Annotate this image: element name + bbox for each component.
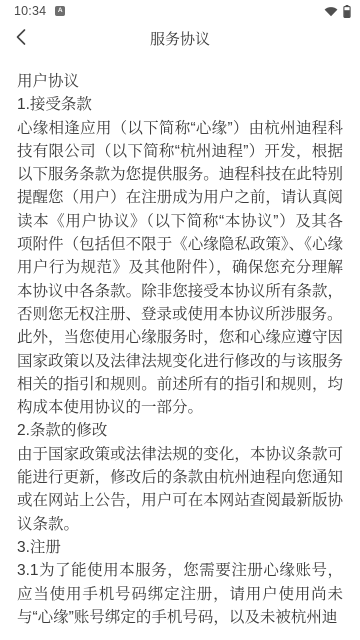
agreement-section-title: 2.条款的修改: [17, 419, 343, 442]
agreement-section-title: 3.注册: [17, 536, 343, 559]
status-bar-right: [324, 5, 351, 18]
app-screen: 10:34 A: [0, 0, 360, 640]
notification-icon: A: [55, 6, 65, 16]
wifi-icon: [324, 5, 338, 17]
agreement-content[interactable]: 用户协议 1.接受条款 心缘相逢应用（以下简称“心缘”）由杭州迪程科技有限公司（…: [0, 56, 360, 629]
page-title: 服务协议: [150, 28, 210, 49]
agreement-section-title: 1.接受条款: [17, 93, 343, 116]
status-time: 10:34: [14, 4, 46, 18]
agreement-heading: 用户协议: [17, 70, 343, 93]
nav-bar: 服务协议: [0, 20, 360, 56]
status-bar-left: 10:34 A: [14, 4, 65, 18]
battery-icon: [343, 5, 351, 18]
chevron-left-icon: [15, 28, 27, 49]
agreement-paragraph: 由于国家政策或法律法规的变化，本协议条款可能进行更新，修改后的条款由杭州迪程向您…: [17, 443, 343, 536]
agreement-paragraph: 心缘相逢应用（以下简称“心缘”）由杭州迪程科技有限公司（以下简称“杭州迪程”）开…: [17, 117, 343, 327]
status-bar: 10:34 A: [0, 0, 360, 20]
agreement-paragraph: 此外，当您使用心缘服务时，您和心缘应遵守因国家政策以及法律法规变化进行修改的与该…: [17, 326, 343, 419]
agreement-paragraph: 3.1为了能使用本服务，您需要注册心缘账号，应当使用手机号码绑定注册，请用户使用…: [17, 559, 343, 629]
notification-badge-label: A: [58, 8, 63, 15]
back-button[interactable]: [4, 21, 38, 55]
